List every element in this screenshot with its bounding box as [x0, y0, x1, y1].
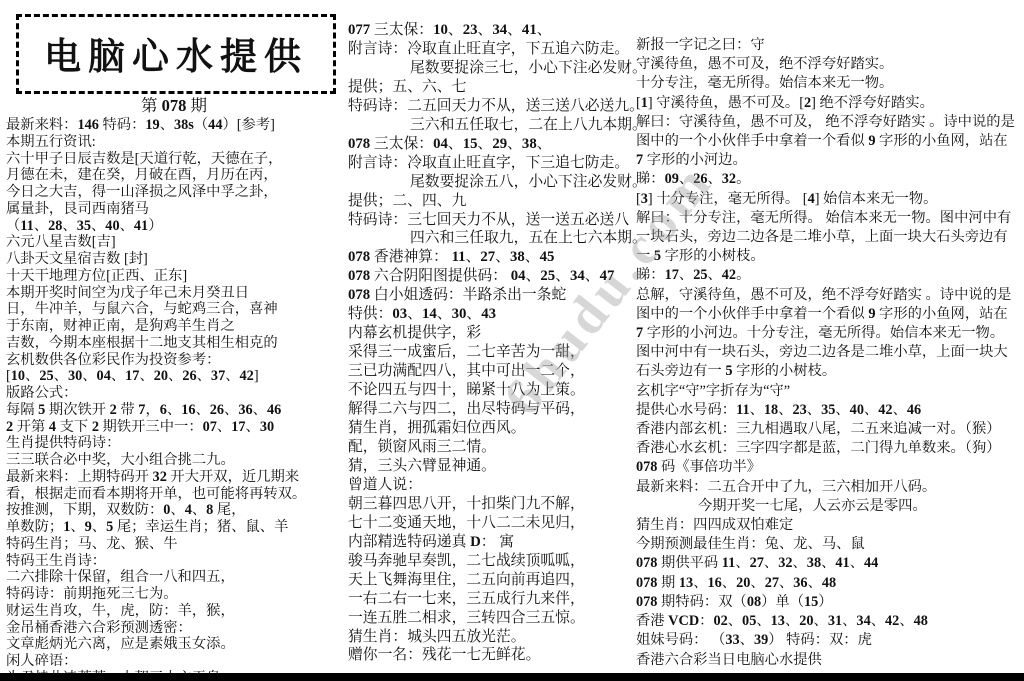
- text-line: 于东南，财神正南，是狗鸡羊生肖之: [6, 318, 342, 335]
- text-line: 图中河中有一块石头，旁边二边各是二堆小草，上面一块大: [636, 343, 1024, 362]
- text-line: [10、25、30、04、17、20、26、37、42]: [6, 368, 342, 385]
- text-line: 078 码《事倍功半》: [636, 458, 1024, 477]
- text-line: 十天干地理方位[正西、正东]: [6, 268, 342, 285]
- text-line: 天上飞舞海里住，二五向前再追四，: [348, 571, 632, 590]
- text-line: 猜，三头六臂显神通。: [348, 457, 632, 476]
- text-line: 内幕玄机提供字，彩: [348, 324, 632, 343]
- text-line: 配，锁窗风雨三二情。: [348, 438, 632, 457]
- text-line: 最新来料：上期特码开 32 开大开双，近几期来: [6, 469, 342, 486]
- text-line: 2 开第 4 支下 2 期铁开三中一：07、17、30: [6, 419, 342, 436]
- issue-number: 第 078 期: [6, 97, 342, 115]
- text-line: 一右二右一七来，三五成行九来伴，: [348, 590, 632, 609]
- text-line: 078 期供平码 11、27、32、38、41、44: [636, 554, 1024, 573]
- text-line: 六十甲子日辰吉数是[天道行乾，天德在子，: [6, 151, 342, 168]
- text-line: 提供；二、四、九: [348, 192, 632, 211]
- text-line: 一 5 字形的小树枝。: [636, 247, 1024, 266]
- text-line: 单数防；1、9、5 尾；幸运生肖；猪、鼠、羊: [6, 519, 342, 536]
- text-line: 二六排除十保留，组合一八和四五，: [6, 569, 342, 586]
- text-line: 守溪待鱼，愚不可及，绝不浮夸好踏实。: [636, 55, 1024, 74]
- text-line: [3] 十分专注，毫无所得。 [4] 始信本来无一物。: [636, 190, 1024, 209]
- text-line: 香港六合彩当日电脑心水提供: [636, 651, 1024, 670]
- text-line: 图中的一个小伙伴手中拿着一个看似 9 字形的小鱼网，站在: [636, 305, 1024, 324]
- text-line: 078 六合阴阳图提供码： 04、25、34、47: [348, 267, 632, 286]
- text-line: 八卦天文星宿吉数 [封]: [6, 251, 342, 268]
- text-line: 078 期特码：双（08）单（15）: [636, 593, 1024, 612]
- text-line: 三六和五任取七，二在上八九本期。: [348, 116, 632, 135]
- text-line: 采得三一成蜜后，二七辛苦为一甜，: [348, 343, 632, 362]
- text-line: 属量卦，艮司西南猪马: [6, 201, 342, 218]
- text-line: 078 期 13、16、20、27、36、48: [636, 574, 1024, 593]
- text-line: 文章彪炳光六离，应是素娥玉女添。: [6, 636, 342, 653]
- text-line: 最新来料：二五合开中了九，三六相加开八码。: [636, 478, 1024, 497]
- text-line: 香港内部玄机：三九相遇取八尾，二五来追减一对。（猴）: [636, 420, 1024, 439]
- text-line: 生肖提供特码诗：: [6, 435, 342, 452]
- text-line: 本期开奖时间空为戊子年己未月癸丑日: [6, 285, 342, 302]
- text-line: 今期开奖一七尾，人云亦云是零四。: [636, 497, 1024, 516]
- text-line: 解曰：守溪待鱼，愚不可及， 绝不浮夸好踏实 。诗中说的是: [636, 113, 1024, 132]
- text-line: 三三联合必中奖，大小组合挑二九。: [6, 452, 342, 469]
- text-line: 尾数要捉涂三七，小心下注必发财。: [348, 59, 632, 78]
- text-line: 今日之大吉，得一山泽损之风泽中孚之卦，: [6, 184, 342, 201]
- text-line: 078 白小姐透码：半路杀出一条蛇: [348, 286, 632, 305]
- text-line: 十分专注，毫无所得。始信本来无一物。: [636, 74, 1024, 93]
- text-line: 附言诗：冷取直止旺直字，下五追六防走。: [348, 40, 632, 59]
- text-line: 香港 VCD：02、05、13、20、31、34、42、48: [636, 612, 1024, 631]
- title-box: 电脑心水提供: [16, 14, 336, 94]
- text-line: 特码王生肖诗：: [6, 553, 342, 570]
- text-line: 特码诗：三七回天力不从，送一送五必送八: [348, 211, 632, 230]
- text-line: 附言诗：冷取直止旺直字，下三追七防走。: [348, 154, 632, 173]
- text-line: 特码诗：二五回天力不从，送三送八必送九。: [348, 97, 632, 116]
- right-column-lines: 新报一字记之曰：守守溪待鱼，愚不可及，绝不浮夸好踏实。十分专注，毫无所得。始信本…: [636, 36, 1024, 670]
- middle-column-lines: 077 三太保：10、23、34、41、附言诗：冷取直止旺直字，下五追六防走。尾…: [348, 21, 632, 665]
- text-line: 每隔 5 期次铁开 2 带 7，6、16、26、36、46: [6, 402, 342, 419]
- text-line: 7 字形的小河边。: [636, 151, 1024, 170]
- text-line: 金吊桶香港六合彩预测透密：: [6, 620, 342, 637]
- bottom-divider-bar: [0, 673, 1024, 681]
- text-line: [1] 守溪待鱼，愚不可及。[2] 绝不浮夸好踏实。: [636, 94, 1024, 113]
- text-line: 猜生肖：城头四五放光茫。: [348, 628, 632, 647]
- text-line: 一连五胜二相求，三转四合三五惊。: [348, 609, 632, 628]
- text-line: 玄机字“守”字折存为“守”: [636, 382, 1024, 401]
- text-line: 猜生肖，拥孤霜妇位西风。: [348, 419, 632, 438]
- text-line: 新报一字记之曰：守: [636, 36, 1024, 55]
- text-line: 睇：09、26、32。: [636, 170, 1024, 189]
- text-line: 闲人碎语：: [6, 653, 342, 670]
- middle-column: 077 三太保：10、23、34、41、附言诗：冷取直止旺直字，下五追六防走。尾…: [348, 21, 632, 665]
- left-column: 电脑心水提供 第 078 期 最新来料：146 特码：19、38s（44）[参考…: [6, 8, 342, 681]
- text-line: 今期预测最佳生肖：兔、龙、马、鼠: [636, 535, 1024, 554]
- text-line: 提供；五、六、七: [348, 78, 632, 97]
- text-line: 月德在未，建在癸，月破在酉，月历在丙，: [6, 167, 342, 184]
- text-line: 内部精选特码递真 D： 寓: [348, 533, 632, 552]
- text-line: 三已功满配四八，其中可出一二个，: [348, 362, 632, 381]
- text-line: 总解，守溪待鱼，愚不可及，绝不浮夸好踏实 。诗中说的是: [636, 286, 1024, 305]
- text-line: 特码生肖；马、龙、猴、牛: [6, 536, 342, 553]
- text-line: 赠你一名：残花一七无鲜花。: [348, 646, 632, 665]
- text-line: 石头旁边有一 5 字形的小树枝。: [636, 362, 1024, 381]
- text-line: 图中的一个小伙伴手中拿着一个看似 9 字形的小鱼网，站在: [636, 132, 1024, 151]
- text-line: 不论四五与四十，睇紧十八为上策。: [348, 381, 632, 400]
- text-line: 朝三暮四思八开，十扣柴门九不解，: [348, 495, 632, 514]
- text-line: 078 三太保：04、15、29、38、: [348, 135, 632, 154]
- text-line: 尾数要捉涂五八，小心下注必发财。: [348, 173, 632, 192]
- page-title: 电脑心水提供: [19, 26, 333, 80]
- text-line: 7 字形的小河边。十分专注，毫无所得。始信本来无一物。: [636, 324, 1024, 343]
- text-line: 香港心水玄机：三字四字都是蓝，二门得九单数来。（狗）: [636, 439, 1024, 458]
- text-line: 078 香港神算： 11、27、38、45: [348, 248, 632, 267]
- right-column: 新报一字记之曰：守守溪待鱼，愚不可及，绝不浮夸好踏实。十分专注，毫无所得。始信本…: [636, 36, 1024, 670]
- text-line: 玄机数供各位彩民作为投资参考：: [6, 352, 342, 369]
- left-column-lines: 最新来料：146 特码：19、38s（44）[参考]本期五行资讯:六十甲子日辰吉…: [6, 117, 342, 681]
- text-line: 一块石头，旁边二边各是二堆小草，上面一块大石头旁边有: [636, 228, 1024, 247]
- text-line: 版路公式：: [6, 385, 342, 402]
- text-line: 六元八星吉数[吉]: [6, 234, 342, 251]
- text-line: 四六和三任取九，五在上七六本期。: [348, 229, 632, 248]
- text-line: 本期五行资讯:: [6, 134, 342, 151]
- lottery-tips-page: 电脑心水提供 第 078 期 最新来料：146 特码：19、38s（44）[参考…: [0, 0, 1024, 681]
- text-line: 最新来料：146 特码：19、38s（44）[参考]: [6, 117, 342, 134]
- text-line: 日，牛冲羊，与鼠六合，与蛇鸡三合，喜神: [6, 301, 342, 318]
- text-line: 特码诗：前期拖死三七为。: [6, 586, 342, 603]
- text-line: 按推测，下期，双数防：0、4、8 尾，: [6, 502, 342, 519]
- text-line: 吉数，今期本座根据十二地支其相生相克的: [6, 335, 342, 352]
- text-line: 七十二变通天地，十八二二未见归，: [348, 514, 632, 533]
- text-line: 077 三太保：10、23、34、41、: [348, 21, 632, 40]
- text-line: 财运生肖攻，牛，虎，防：羊，猴，: [6, 603, 342, 620]
- text-line: 特供：03、14、30、43: [348, 305, 632, 324]
- text-line: 解得二六与四二，出尽特码与平码，: [348, 400, 632, 419]
- text-line: （11、28、35、40、41）: [6, 218, 342, 235]
- text-line: 看，根据走而看本期将开单，也可能将再转双。: [6, 486, 342, 503]
- text-line: 曾道人说：: [348, 476, 632, 495]
- text-line: 提供心水号码：11、18、23、35、40、42、46: [636, 401, 1024, 420]
- text-line: 猜生肖：四四成双怕难定: [636, 516, 1024, 535]
- text-line: 睇：17、25、42。: [636, 266, 1024, 285]
- text-line: 解曰：十分专注，毫无所得。 始信本来无一物。图中河中有: [636, 209, 1024, 228]
- text-line: 骏马奔驰早奏凯，二七战续顶呱呱，: [348, 552, 632, 571]
- text-line: 姐妹号码： （33、39） 特码：双：虎: [636, 631, 1024, 650]
